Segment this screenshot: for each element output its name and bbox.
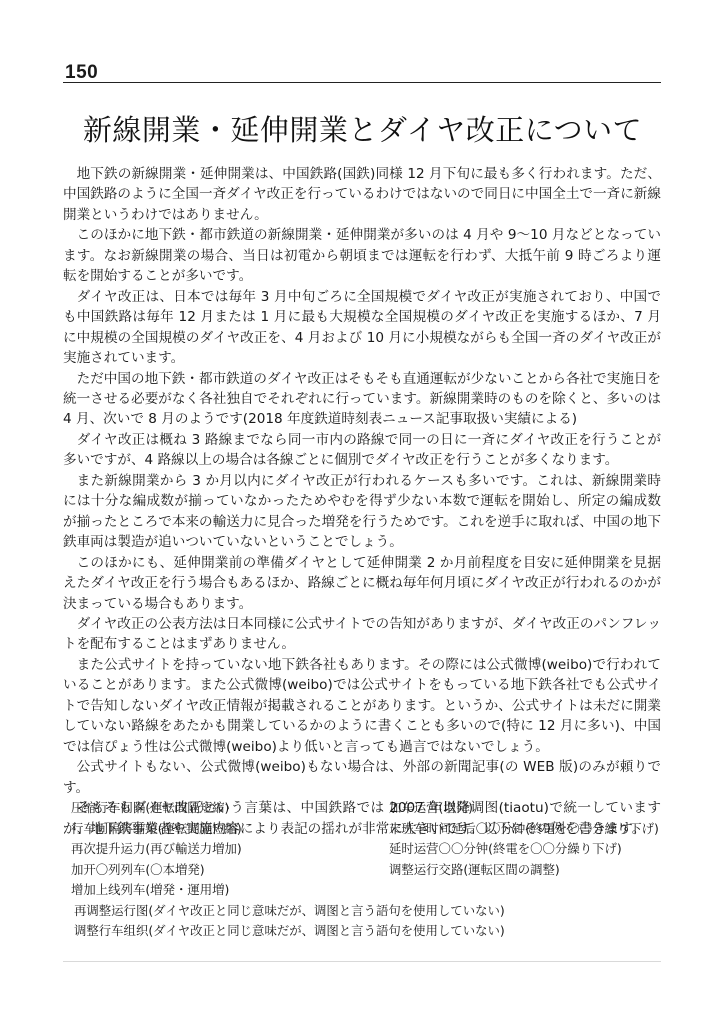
page-number: 150 xyxy=(65,62,98,84)
example-item: 加车运营(増発) xyxy=(389,798,473,819)
example-item: 延时运营〇〇分钟(終電を〇〇分繰り下げ) xyxy=(389,839,622,860)
paragraph: また新線開業から 3 か月以内にダイヤ改正が行われるケースも多いです。これは、新… xyxy=(63,471,661,553)
paragraph: このほかに地下鉄・都市鉄道の新線開業・延伸開業が多いのは 4 月や 9～10 月… xyxy=(63,225,661,286)
example-item: 再调整运行图(ダイヤ改正と同じ意味だが、调图と言う語句を使用していない) xyxy=(71,901,505,922)
example-item: 加开〇列列车(〇本増発) xyxy=(71,860,389,881)
paragraph: ダイヤ改正は、日本では毎年 3 月中旬ごろに全国規模でダイヤ改正が実施されており… xyxy=(63,287,661,369)
paragraph: ただ中国の地下鉄・都市鉄道のダイヤ改正はそもそも直通運転が少ないことから各社で実… xyxy=(63,369,661,430)
paragraph: 公式サイトもない、公式微博(weibo)もない場合は、外部の新聞記事(の WEB… xyxy=(63,757,661,798)
example-row: 再次提升运力(再び輸送力増加) 延时运营〇〇分钟(終電を〇〇分繰り下げ) xyxy=(71,839,661,860)
example-item: 调整行车组织(ダイヤ改正と同じ意味だが、调图と言う語句を使用していない) xyxy=(71,921,505,942)
paragraph: 地下鉄の新線開業・延伸開業は、中国鉄路(国鉄)同様 12 月下旬に最も多く行われ… xyxy=(63,164,661,225)
body-text: 地下鉄の新線開業・延伸開業は、中国鉄路(国鉄)同様 12 月下旬に最も多く行われ… xyxy=(63,164,661,839)
example-row: 增加上线列车(増発・運用増) xyxy=(71,880,661,901)
paragraph: また公式サイトを持っていない地下鉄各社もあります。その際には公式微博(weibo… xyxy=(63,655,661,757)
page-title: 新線開業・延伸開業とダイヤ改正について xyxy=(0,108,725,149)
example-row: 调整行车组织(ダイヤ改正と同じ意味だが、调图と言う語句を使用していない) xyxy=(71,921,661,942)
example-item: 调整运行交路(運転区間の調整) xyxy=(389,860,560,881)
footer-rule xyxy=(63,961,661,962)
examples-list: 压缩行车间隔(運転間隔短縮) 加车运营(増発) 行车间隔将缩短(運転間隔短縮) … xyxy=(71,798,661,942)
example-item: 末班车时间延后〇〇分钟(終電を〇〇分繰り下げ) xyxy=(389,819,659,840)
example-item: 增加上线列车(増発・運用増) xyxy=(71,880,389,901)
paragraph: ダイヤ改正は概ね 3 路線までなら同一市内の路線で同一の日に一斉にダイヤ改正を行… xyxy=(63,430,661,471)
paragraph: このほかにも、延伸開業前の準備ダイヤとして延伸開業 2 か月前程度を目安に延伸開… xyxy=(63,553,661,614)
example-item: 再次提升运力(再び輸送力増加) xyxy=(71,839,389,860)
header-rule xyxy=(63,82,661,83)
example-row: 再调整运行图(ダイヤ改正と同じ意味だが、调图と言う語句を使用していない) xyxy=(71,901,661,922)
example-item: 行车间隔将缩短(運転間隔短縮) xyxy=(71,819,389,840)
paragraph: ダイヤ改正の公表方法は日本同様に公式サイトでの告知がありますが、ダイヤ改正のパン… xyxy=(63,614,661,655)
example-row: 加开〇列列车(〇本増発) 调整运行交路(運転区間の調整) xyxy=(71,860,661,881)
example-row: 压缩行车间隔(運転間隔短縮) 加车运营(増発) xyxy=(71,798,661,819)
example-item: 压缩行车间隔(運転間隔短縮) xyxy=(71,798,389,819)
example-row: 行车间隔将缩短(運転間隔短縮) 末班车时间延后〇〇分钟(終電を〇〇分繰り下げ) xyxy=(71,819,661,840)
